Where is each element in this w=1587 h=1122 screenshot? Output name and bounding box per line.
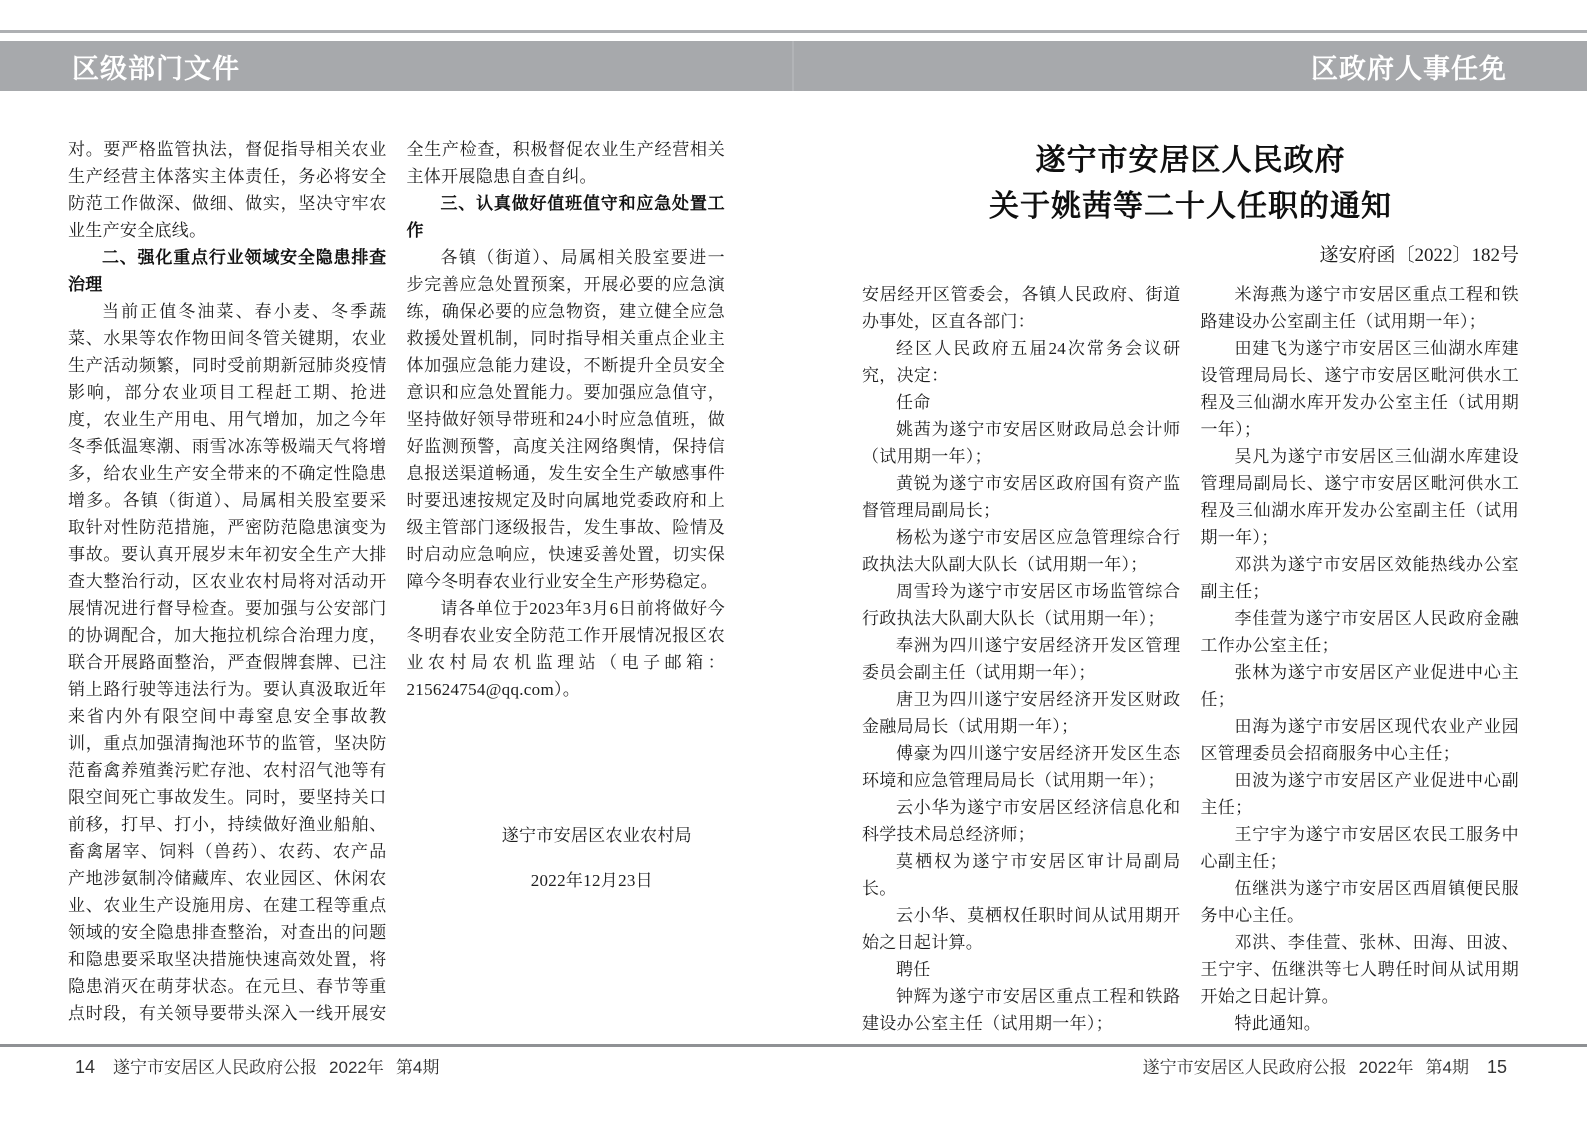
paragraph: 邓洪为遂宁市安居区效能热线办公室副主任； [1201, 551, 1520, 605]
paragraph: 云小华为遂宁市安居区经济信息化和科学技术局总经济师； [862, 794, 1181, 848]
footer-left: 14 遂宁市安居区人民政府公报 2022年 第4期 [75, 1053, 439, 1078]
paragraph: 王宁宇为遂宁市安居区农民工服务中心副主任； [1201, 821, 1520, 875]
paragraph: 张林为遂宁市安居区产业促进中心主任； [1201, 659, 1520, 713]
signature-org: 遂宁市安居区农业农村局 [407, 813, 726, 858]
footer-gazette-name: 遂宁市安居区人民政府公报 [113, 1053, 317, 1078]
paragraph: 云小华、莫栖权任职时间从试用期开始之日起计算。 [862, 902, 1181, 956]
paragraph: 钟辉为遂宁市安居区重点工程和铁路建设办公室主任（试用期一年）； [862, 983, 1181, 1037]
document-number: 遂安府函〔2022〕182号 [862, 240, 1519, 267]
paragraph: 田海为遂宁市安居区现代农业产业园区管理委员会招商服务中心主任； [1201, 713, 1520, 767]
section-heading: 二、强化重点行业领域安全隐患排查治理 [68, 244, 387, 298]
page-right: 区政府人事任免 遂宁市安居区人民政府 关于姚茜等二十人任职的通知 遂安府函〔20… [794, 0, 1587, 1122]
paragraph: 唐卫为四川遂宁安居经济开发区财政金融局局长（试用期一年）； [862, 686, 1181, 740]
paragraph: 经区人民政府五届24次常务会议研究，决定： [862, 335, 1181, 389]
paragraph: 黄锐为遂宁市安居区政府国有资产监督管理局副局长； [862, 470, 1181, 524]
paragraph: 周雪玲为遂宁市安居区市场监管综合行政执法大队副大队长（试用期一年）； [862, 578, 1181, 632]
paragraph: 安居经开区管委会，各镇人民政府、街道办事处，区直各部门： [862, 281, 1181, 335]
section-heading: 三、认真做好值班值守和应急处置工作 [407, 190, 726, 244]
paragraph: 莫栖权为遂宁市安居区审计局副局长。 [862, 848, 1181, 902]
paragraph: 杨松为遂宁市安居区应急管理综合行政执法大队副大队长（试用期一年）； [862, 524, 1181, 578]
footer-issue: 第4期 [396, 1053, 439, 1078]
footer-year: 2022年 [1359, 1053, 1414, 1078]
article-body-left: 对。要严格监管执法，督促指导相关农业生产经营主体落实主体责任，务必将安全防范工作… [68, 136, 725, 1029]
section-banner-left: 区级部门文件 [0, 41, 793, 91]
footer-page-number: 15 [1487, 1057, 1507, 1078]
section-banner-left-label: 区级部门文件 [72, 47, 240, 86]
paragraph: 傅豪为四川遂宁安居经济开发区生态环境和应急管理局局长（试用期一年）； [862, 740, 1181, 794]
signature-date: 2022年12月23日 [407, 858, 726, 903]
paragraph: 对。要严格监管执法，督促指导相关农业生产经营主体落实主体责任，务必将安全防范工作… [68, 136, 387, 244]
footer-page-number: 14 [75, 1057, 95, 1078]
page-gutter-seam [792, 41, 794, 91]
paragraph: 田建飞为遂宁市安居区三仙湖水库建设管理局局长、遂宁市安居区毗河供水工程及三仙湖水… [1201, 335, 1520, 443]
article-body-right: 安居经开区管委会，各镇人民政府、街道办事处，区直各部门： 经区人民政府五届24次… [862, 281, 1519, 1039]
document-title: 遂宁市安居区人民政府 关于姚茜等二十人任职的通知 [862, 138, 1519, 230]
paragraph: 吴凡为遂宁市安居区三仙湖水库建设管理局副局长、遂宁市安居区毗河供水工程及三仙湖水… [1201, 443, 1520, 551]
paragraph: 特此通知。 [1201, 1010, 1520, 1037]
document-title-line2: 关于姚茜等二十人任职的通知 [862, 184, 1519, 230]
signature-block: 遂宁市安居区农业农村局 2022年12月23日 [407, 813, 726, 903]
footer-rule [0, 1044, 1587, 1047]
paragraph: 任命 [862, 389, 1181, 416]
paragraph: 米海燕为遂宁市安居区重点工程和铁路建设办公室副主任（试用期一年）； [1201, 281, 1520, 335]
paragraph: 田波为遂宁市安居区产业促进中心副主任； [1201, 767, 1520, 821]
paragraph: 聘任 [862, 956, 1181, 983]
footer-issue: 第4期 [1426, 1053, 1469, 1078]
section-banner-right: 区政府人事任免 [794, 41, 1587, 91]
footer-right: 遂宁市安居区人民政府公报 2022年 第4期 15 [1143, 1053, 1507, 1078]
footer-year: 2022年 [329, 1053, 384, 1078]
paragraph: 各镇（街道）、局属相关股室要进一步完善应急处置预案，开展必要的应急演练，确保必要… [407, 244, 726, 595]
gazette-spread: 区级部门文件 对。要严格监管执法，督促指导相关农业生产经营主体落实主体责任，务必… [0, 0, 1587, 1122]
paragraph: 请各单位于2023年3月6日前将做好今冬明春农业安全防范工作开展情况报区农业农村… [407, 595, 726, 703]
section-banner-right-label: 区政府人事任免 [1311, 47, 1507, 86]
paragraph: 邓洪、李佳萱、张林、田海、田波、王宁宇、伍继洪等七人聘任时间从试用期开始之日起计… [1201, 929, 1520, 1010]
footer-gazette-name: 遂宁市安居区人民政府公报 [1143, 1053, 1347, 1078]
page-left: 区级部门文件 对。要严格监管执法，督促指导相关农业生产经营主体落实主体责任，务必… [0, 0, 793, 1122]
paragraph: 伍继洪为遂宁市安居区西眉镇便民服务中心主任。 [1201, 875, 1520, 929]
paragraph: 奉洲为四川遂宁安居经济开发区管理委员会副主任（试用期一年）； [862, 632, 1181, 686]
document-title-line1: 遂宁市安居区人民政府 [862, 138, 1519, 184]
paragraph: 姚茜为遂宁市安居区财政局总会计师（试用期一年）； [862, 416, 1181, 470]
paragraph: 李佳萱为遂宁市安居区人民政府金融工作办公室主任； [1201, 605, 1520, 659]
